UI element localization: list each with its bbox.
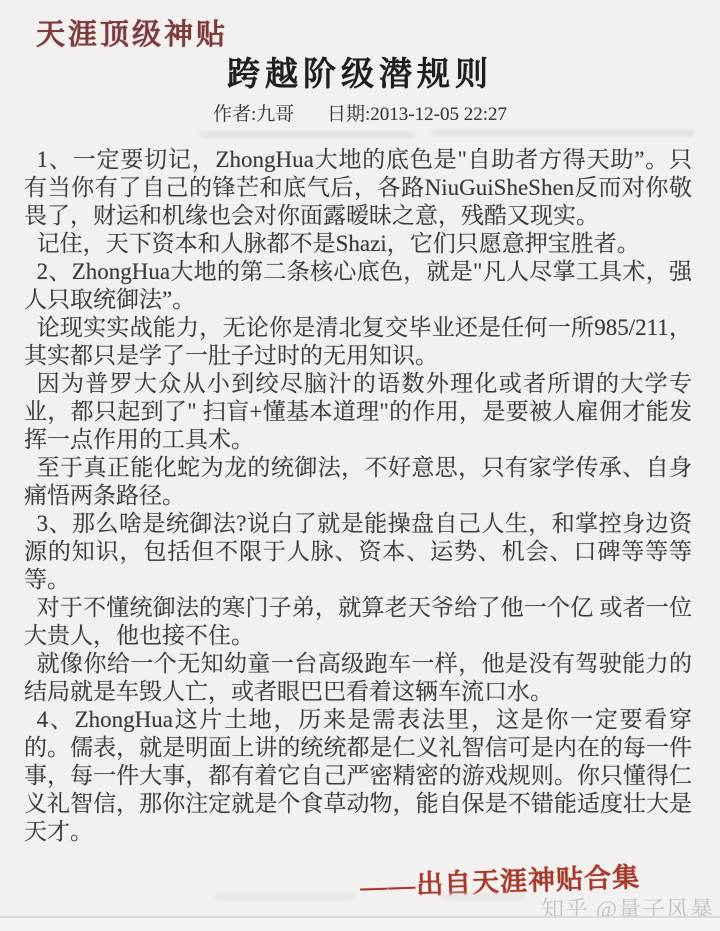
paragraph: 2、ZhongHua大地的第二条核心底色，就是"凡人尽掌工具术，强人只取统御法”… bbox=[24, 258, 692, 314]
document-body: 1、一定要切记，ZhongHua大地的底色是"自助者方得天助”。只有当你有了自己… bbox=[24, 146, 692, 846]
byline-author: 作者:九哥 bbox=[213, 104, 294, 125]
page-title: 跨越阶级潜规则 bbox=[0, 48, 720, 95]
paragraph: 至于真正能化蛇为龙的统御法，不好意思，只有家学传承、自身痛悟两条路径。 bbox=[24, 454, 692, 510]
paragraph: 就像你给一个无知幼童一台高级跑车一样，他是没有驾驶能力的结局就是车毁人亡，或者眼… bbox=[24, 650, 692, 706]
paragraph: 3、那么啥是统御法?说白了就是能操盘自己人生，和掌控身边资源的知识，包括但不限于… bbox=[24, 510, 692, 594]
scanned-document-page: 天涯顶级神贴 跨越阶级潜规则 作者:九哥 日期:2013-12-05 22:27… bbox=[0, 0, 720, 931]
byline-date: 日期:2013-12-05 22:27 bbox=[327, 104, 507, 125]
paragraph: 4、ZhongHua这片土地，历来是需表法里，这是你一定要看穿的。儒表，就是明面… bbox=[24, 706, 692, 846]
paragraph: 1、一定要切记，ZhongHua大地的底色是"自助者方得天助”。只有当你有了自己… bbox=[24, 146, 692, 230]
scan-artifact bbox=[432, 129, 694, 137]
paragraph: 因为普罗大众从小到绞尽脑汁的语数外理化或者所谓的大学专业，都只起到了" 扫盲+懂… bbox=[24, 370, 692, 454]
scan-artifact bbox=[215, 893, 355, 901]
scan-artifact bbox=[440, 893, 525, 901]
paragraph: 论现实实战能力，无论你是清北复交毕业还是任何一所985/211，其实都只是学了一… bbox=[24, 314, 692, 370]
byline: 作者:九哥 日期:2013-12-05 22:27 bbox=[0, 99, 720, 126]
paragraph: 对于不懂统御法的寒门子弟，就算老天爷给了他一个亿 或者一位大贵人，他也接不住。 bbox=[24, 594, 692, 650]
paragraph: 记住，天下资本和人脉都不是Shazi，它们只愿意押宝胜者。 bbox=[24, 230, 692, 258]
page-bottom-strip bbox=[0, 918, 720, 931]
scan-artifact bbox=[200, 131, 415, 138]
corner-tag: 天涯顶级神贴 bbox=[36, 12, 228, 53]
